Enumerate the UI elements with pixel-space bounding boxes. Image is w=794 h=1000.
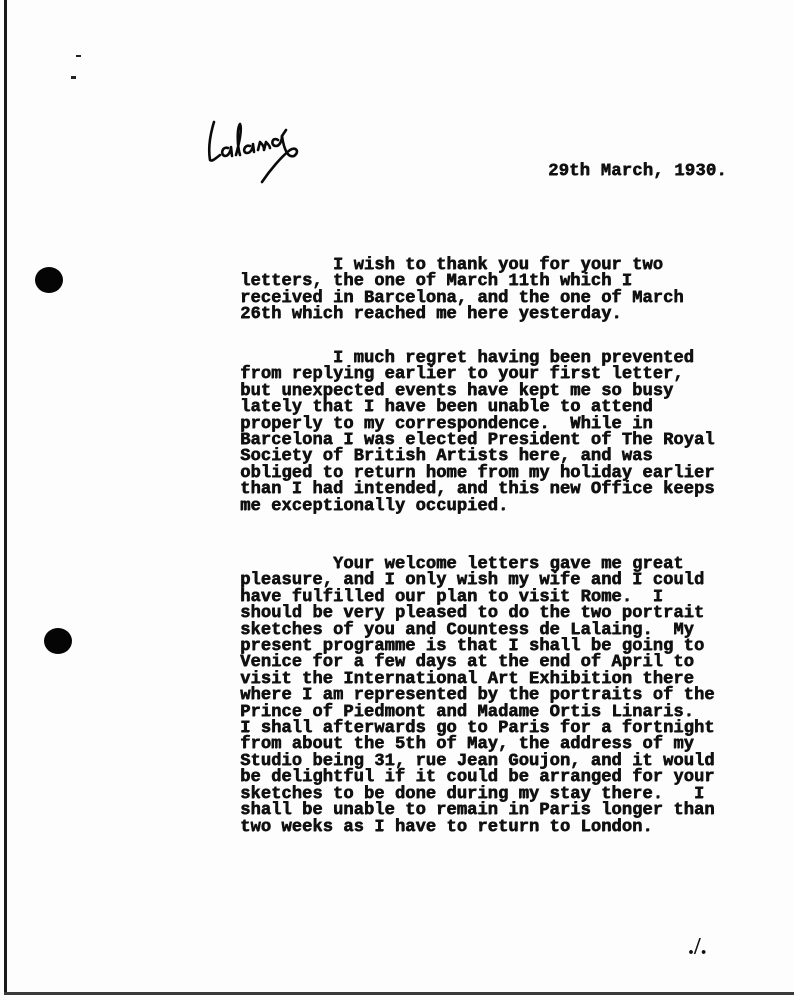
paragraph-3: Your welcome letters gave me great pleas… (240, 557, 770, 836)
text-line: two weeks as I have to return to London. (240, 820, 770, 836)
handwritten-signature (200, 100, 340, 190)
continuation-mark: ./. (688, 934, 707, 961)
page-left-edge (4, 0, 7, 994)
page-bottom-edge (4, 992, 794, 995)
letter-date: 29th March, 1930. (548, 162, 727, 181)
text-line: 26th which reached me here yesterday. (240, 307, 770, 323)
scan-speck (71, 76, 76, 79)
scan-speck (76, 55, 81, 57)
text-line: me exceptionally occupied. (240, 499, 770, 515)
paragraph-1: I wish to thank you for your two letters… (240, 258, 770, 324)
paragraph-2: I much regret having been prevented from… (240, 351, 770, 515)
punch-hole-bottom (44, 628, 72, 654)
letter-page: 29th March, 1930. I wish to thank you fo… (0, 0, 794, 1000)
punch-hole-top (35, 267, 63, 293)
